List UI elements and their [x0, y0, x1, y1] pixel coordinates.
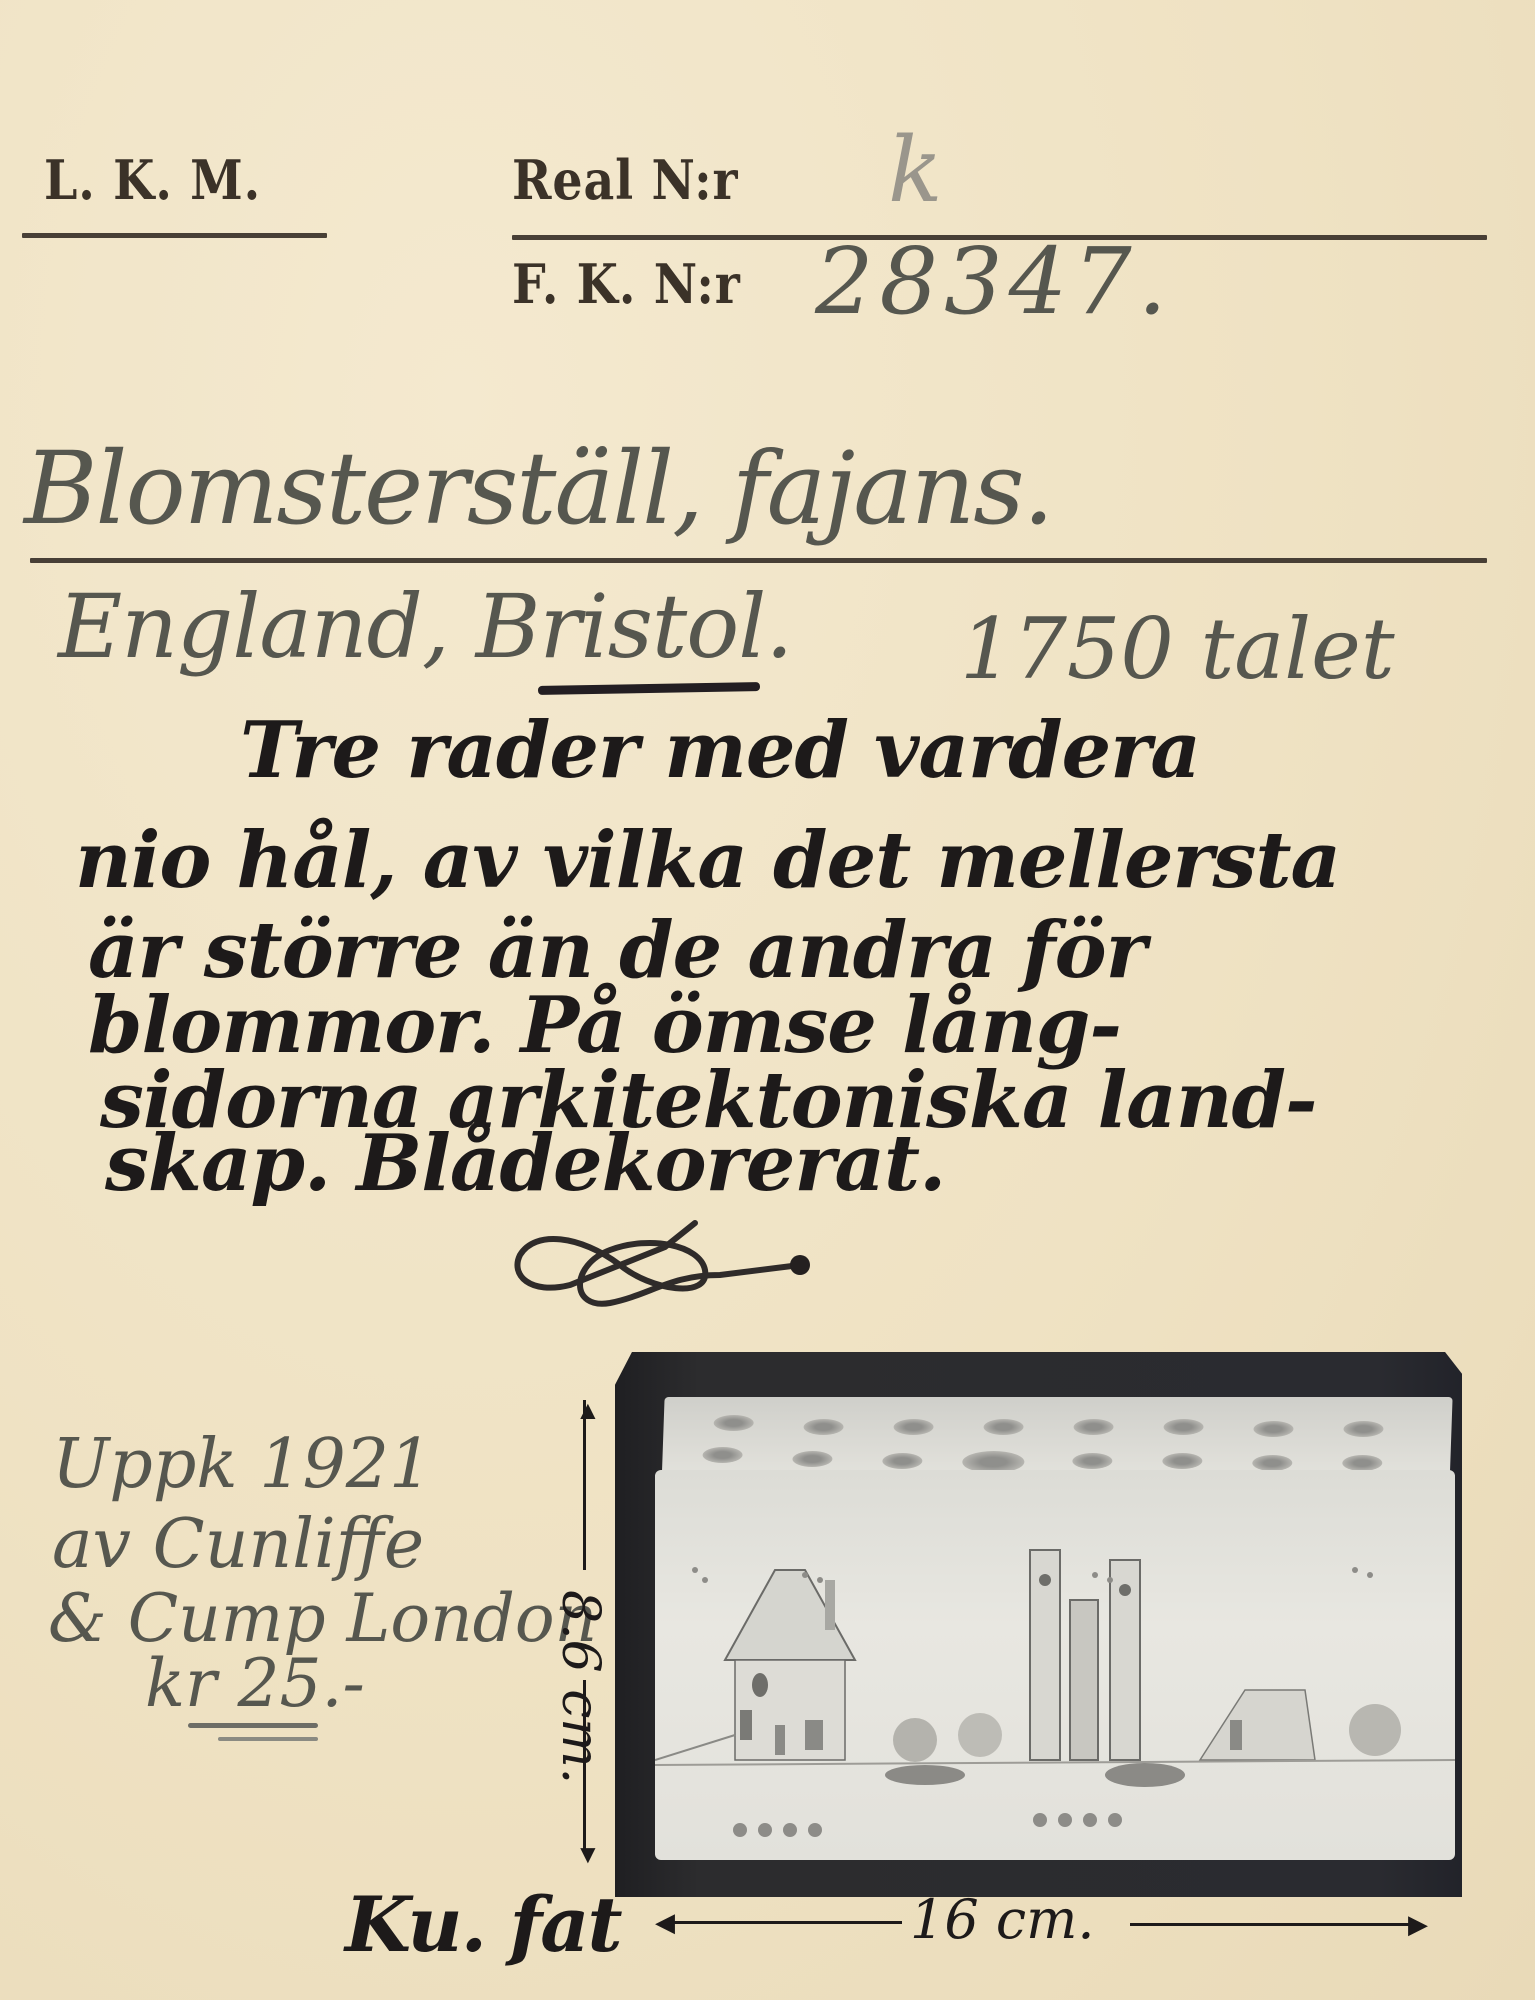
width-arrow-line: [1130, 1923, 1420, 1926]
width-label: 16 cm.: [910, 1888, 1095, 1951]
institution-label: L. K. M.: [44, 148, 261, 212]
title-rule: [30, 558, 1487, 563]
description-line: Tre rader med vardera: [240, 705, 1200, 796]
description-line: skap. Blådekorerat.: [105, 1118, 945, 1209]
origin-underline: [538, 682, 760, 695]
fk-nr-value: 28347.: [815, 228, 1173, 335]
height-label: 8.6 cm.: [550, 1590, 610, 1784]
record-title: Blomsterställ, fajans.: [24, 430, 1052, 547]
arrow-right-icon: ▶: [1408, 1910, 1428, 1940]
acquisition-line: av Cunliffe: [52, 1505, 424, 1584]
planter-front: [655, 1470, 1455, 1860]
landscape-illustration: [655, 1470, 1455, 1860]
arrow-down-icon: ▼: [575, 1840, 601, 1870]
real-nr-value: k: [888, 118, 943, 223]
fk-nr-label: F. K. N:r: [512, 252, 741, 316]
object-photo: [615, 1352, 1462, 1897]
acquisition-underline: [188, 1723, 318, 1728]
width-arrow-line: [672, 1921, 902, 1924]
record-origin: England, Bristol.: [58, 575, 792, 678]
institution-rule: [22, 233, 327, 238]
acquisition-line: Uppk 1921: [52, 1425, 432, 1504]
flourish-icon: [500, 1205, 820, 1315]
acquisition-line: kr 25.-: [145, 1645, 365, 1722]
description-line: nio hål, av vilka det mellersta: [75, 815, 1340, 906]
real-nr-label: Real N:r: [512, 148, 738, 212]
signature: Ku. fat: [345, 1880, 621, 1969]
record-date: 1750 talet: [960, 600, 1395, 698]
arrow-up-icon: ▲: [575, 1396, 601, 1426]
acquisition-underline: [218, 1737, 318, 1741]
